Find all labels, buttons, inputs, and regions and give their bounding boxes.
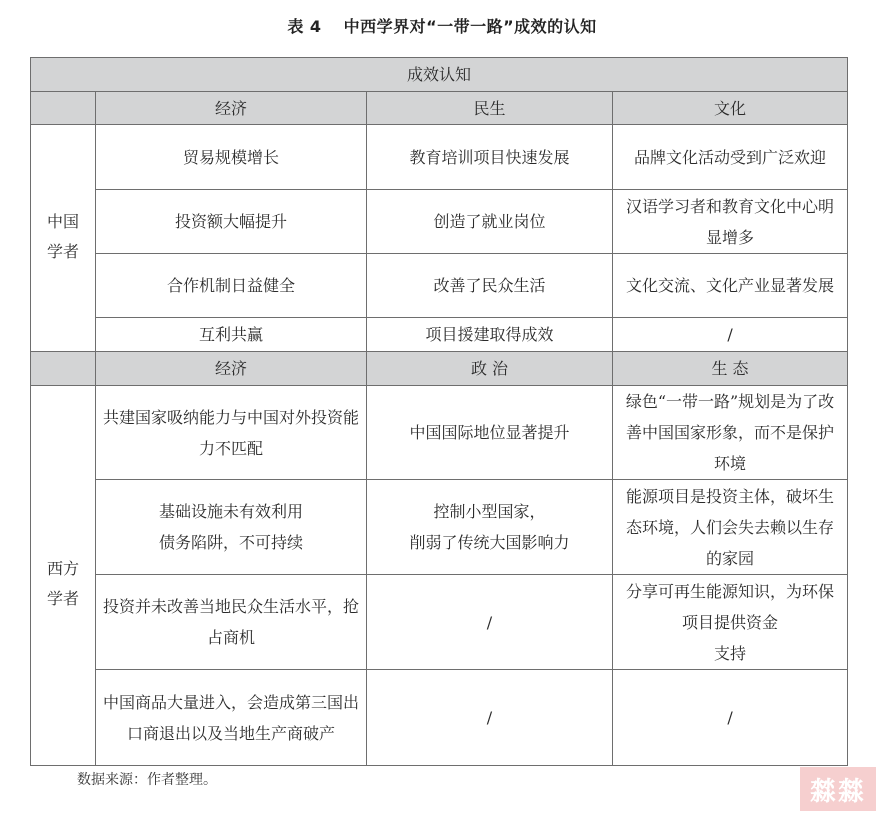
perception-table: 成效认知 经济 民生 文化 中国 学者 贸易规模增长 教育培训项目快速发展 品牌…	[30, 57, 848, 766]
watermark-stamp: 㵘㵘	[800, 767, 876, 811]
table-row: 互利共赢 项目援建取得成效 /	[31, 318, 848, 352]
header-effect-perception: 成效认知	[31, 58, 848, 92]
cell: 共建国家吸纳能力与中国对外投资能力不匹配	[96, 386, 367, 480]
header-culture: 文化	[613, 92, 848, 125]
cell: 投资并未改善当地民众生活水平，抢占商机	[96, 575, 367, 670]
cell: /	[613, 670, 848, 766]
cell: 文化交流、文化产业显著发展	[613, 254, 848, 318]
table-row: 中国 学者 贸易规模增长 教育培训项目快速发展 品牌文化活动受到广泛欢迎	[31, 125, 848, 190]
cell: 项目援建取得成效	[367, 318, 613, 352]
data-source-note: 数据来源：作者整理。	[77, 769, 217, 789]
header-economy: 经济	[96, 352, 367, 386]
cell: 控制小型国家， 削弱了传统大国影响力	[367, 480, 613, 575]
table-title-text: 中西学界对“一带一路”成效的认知	[344, 17, 597, 36]
cell: 互利共赢	[96, 318, 367, 352]
cell: 基础设施未有效利用 债务陷阱，不可持续	[96, 480, 367, 575]
cell: 品牌文化活动受到广泛欢迎	[613, 125, 848, 190]
cell: 创造了就业岗位	[367, 190, 613, 254]
cell: 改善了民众生活	[367, 254, 613, 318]
group-chinese-scholars: 中国 学者	[31, 125, 96, 352]
cell: 中国国际地位显著提升	[367, 386, 613, 480]
cell: /	[613, 318, 848, 352]
cell: 合作机制日益健全	[96, 254, 367, 318]
table-row: 中国商品大量进入，会造成第三国出口商退出以及当地生产商破产 / /	[31, 670, 848, 766]
group-label-line2: 学者	[31, 237, 95, 267]
header-ecology: 生 态	[613, 352, 848, 386]
table-row: 合作机制日益健全 改善了民众生活 文化交流、文化产业显著发展	[31, 254, 848, 318]
cell: 教育培训项目快速发展	[367, 125, 613, 190]
table-number: 表 4	[287, 17, 321, 36]
header-economy: 经济	[96, 92, 367, 125]
cell: /	[367, 670, 613, 766]
cell: 能源项目是投资主体，破坏生态环境，人们会失去赖以生存的家园	[613, 480, 848, 575]
table-row: 投资并未改善当地民众生活水平，抢占商机 / 分享可再生能源知识，为环保项目提供资…	[31, 575, 848, 670]
header-row-western: 经济 政 治 生 态	[31, 352, 848, 386]
table-row: 投资额大幅提升 创造了就业岗位 汉语学习者和教育文化中心明显增多	[31, 190, 848, 254]
header-row-top: 成效认知	[31, 58, 848, 92]
group-label-line2: 学者	[31, 584, 95, 614]
header-empty	[31, 352, 96, 386]
table-row: 基础设施未有效利用 债务陷阱，不可持续 控制小型国家， 削弱了传统大国影响力 能…	[31, 480, 848, 575]
header-politics: 政 治	[367, 352, 613, 386]
group-label-line1: 中国	[31, 207, 95, 237]
group-western-scholars: 西方 学者	[31, 386, 96, 766]
cell: 投资额大幅提升	[96, 190, 367, 254]
watermark-text: 㵘㵘	[810, 771, 866, 808]
header-row-chinese: 经济 民生 文化	[31, 92, 848, 125]
header-empty	[31, 92, 96, 125]
cell: 分享可再生能源知识，为环保项目提供资金 支持	[613, 575, 848, 670]
header-livelihood: 民生	[367, 92, 613, 125]
cell: 绿色“一带一路”规划是为了改善中国国家形象，而不是保护环境	[613, 386, 848, 480]
table-row: 西方 学者 共建国家吸纳能力与中国对外投资能力不匹配 中国国际地位显著提升 绿色…	[31, 386, 848, 480]
cell: 贸易规模增长	[96, 125, 367, 190]
cell: 汉语学习者和教育文化中心明显增多	[613, 190, 848, 254]
cell: /	[367, 575, 613, 670]
table-title: 表 4中西学界对“一带一路”成效的认知	[0, 14, 884, 37]
group-label-line1: 西方	[31, 554, 95, 584]
cell: 中国商品大量进入，会造成第三国出口商退出以及当地生产商破产	[96, 670, 367, 766]
